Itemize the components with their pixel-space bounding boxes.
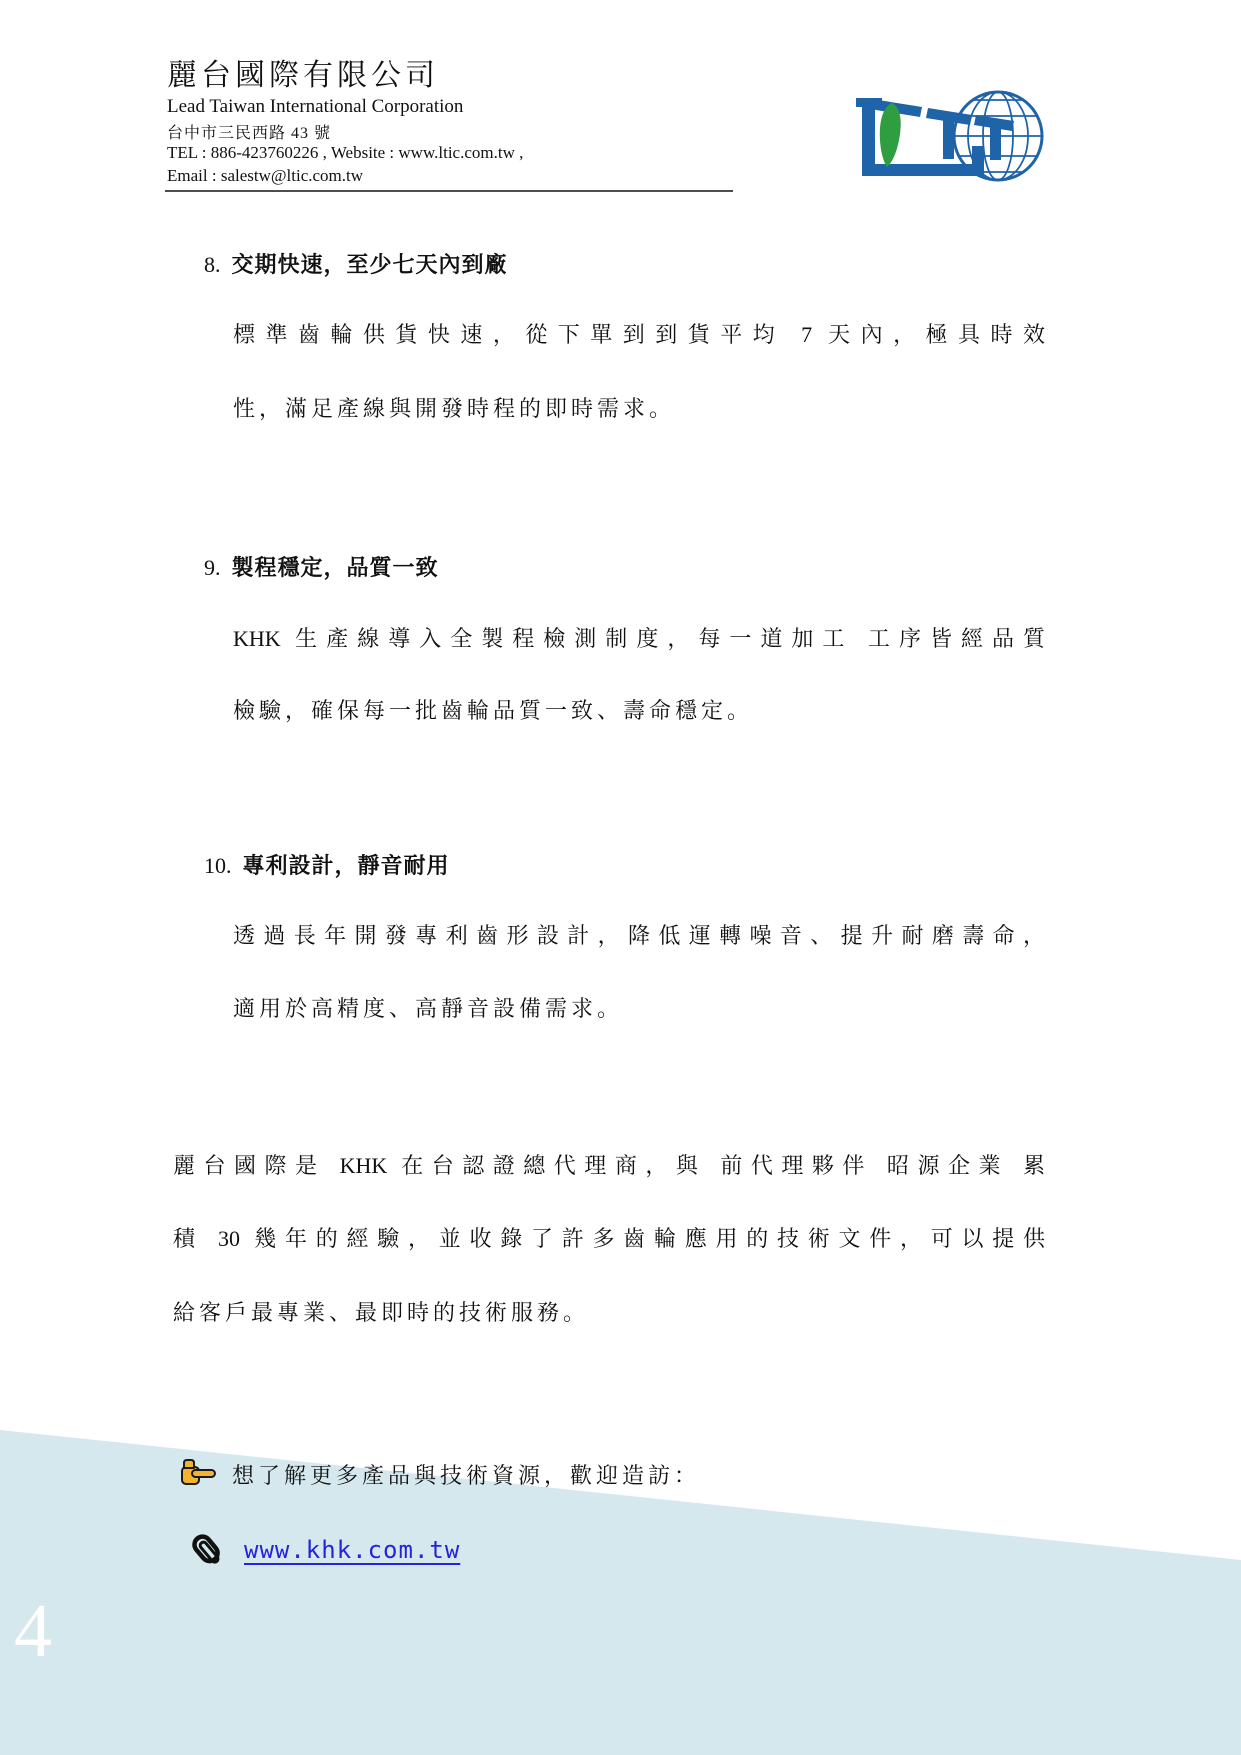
company-address: 台中市三民西路 43 號 (167, 120, 331, 143)
item-number: 10. (204, 853, 232, 878)
closing-line-1: 麗台國際是 KHK 在台認證總代理商，與 前代理夥伴 昭源企業 累 (173, 1151, 1045, 1181)
page-number: 4 (14, 1588, 52, 1675)
item-9-heading: 9.製程穩定，品質一致 (204, 551, 439, 582)
company-name-zh: 麗台國際有限公司 (167, 50, 439, 94)
closing-line-2: 積 30 幾年的經驗，並收錄了許多齒輪應用的技術文件，可以提供 (173, 1224, 1045, 1254)
item-8-line-1: 標準齒輪供貨快速，從下單到到貨平均 7 天內，極具時效 (233, 320, 1045, 350)
paperclip-icon (188, 1532, 226, 1568)
pointing-hand-icon (178, 1458, 218, 1490)
item-8-heading: 8.交期快速，至少七天內到廠 (204, 248, 508, 279)
item-10-line-2: 適用於高精度、高靜音設備需求。 (233, 994, 623, 1024)
item-title: 交期快速，至少七天內到廠 (232, 252, 508, 277)
item-number: 8. (204, 252, 221, 277)
item-9-line-2: 檢驗，確保每一批齒輪品質一致、壽命穩定。 (233, 696, 753, 726)
link-row: www.khk.com.tw (188, 1532, 460, 1568)
ltic-logo-icon (848, 86, 1044, 188)
company-contact-line: TEL : 886-423760226 , Website : www.ltic… (167, 143, 523, 163)
cta-row: 想了解更多產品與技術資源，歡迎造訪： (178, 1458, 700, 1490)
document-page: 麗台國際有限公司 Lead Taiwan International Corpo… (0, 0, 1241, 1755)
company-email-line: Email : salestw@ltic.com.tw (167, 166, 363, 186)
item-title: 製程穩定，品質一致 (232, 555, 439, 580)
item-8-line-2: 性，滿足產線與開發時程的即時需求。 (233, 394, 675, 424)
item-9-line-1: KHK 生產線導入全製程檢測制度，每一道加工 工序皆經品質 (233, 624, 1045, 654)
closing-line-3: 給客戶最專業、最即時的技術服務。 (173, 1298, 589, 1328)
item-10-heading: 10.專利設計，靜音耐用 (204, 849, 450, 880)
company-name-en: Lead Taiwan International Corporation (167, 96, 463, 118)
item-title: 專利設計，靜音耐用 (243, 853, 450, 878)
cta-text: 想了解更多產品與技術資源，歡迎造訪： (232, 1459, 700, 1490)
item-10-line-1: 透過長年開發專利齒形設計，降低運轉噪音、提升耐磨壽命， (233, 921, 1045, 951)
item-number: 9. (204, 555, 221, 580)
header-divider (165, 190, 733, 192)
khk-website-link[interactable]: www.khk.com.tw (244, 1536, 460, 1564)
